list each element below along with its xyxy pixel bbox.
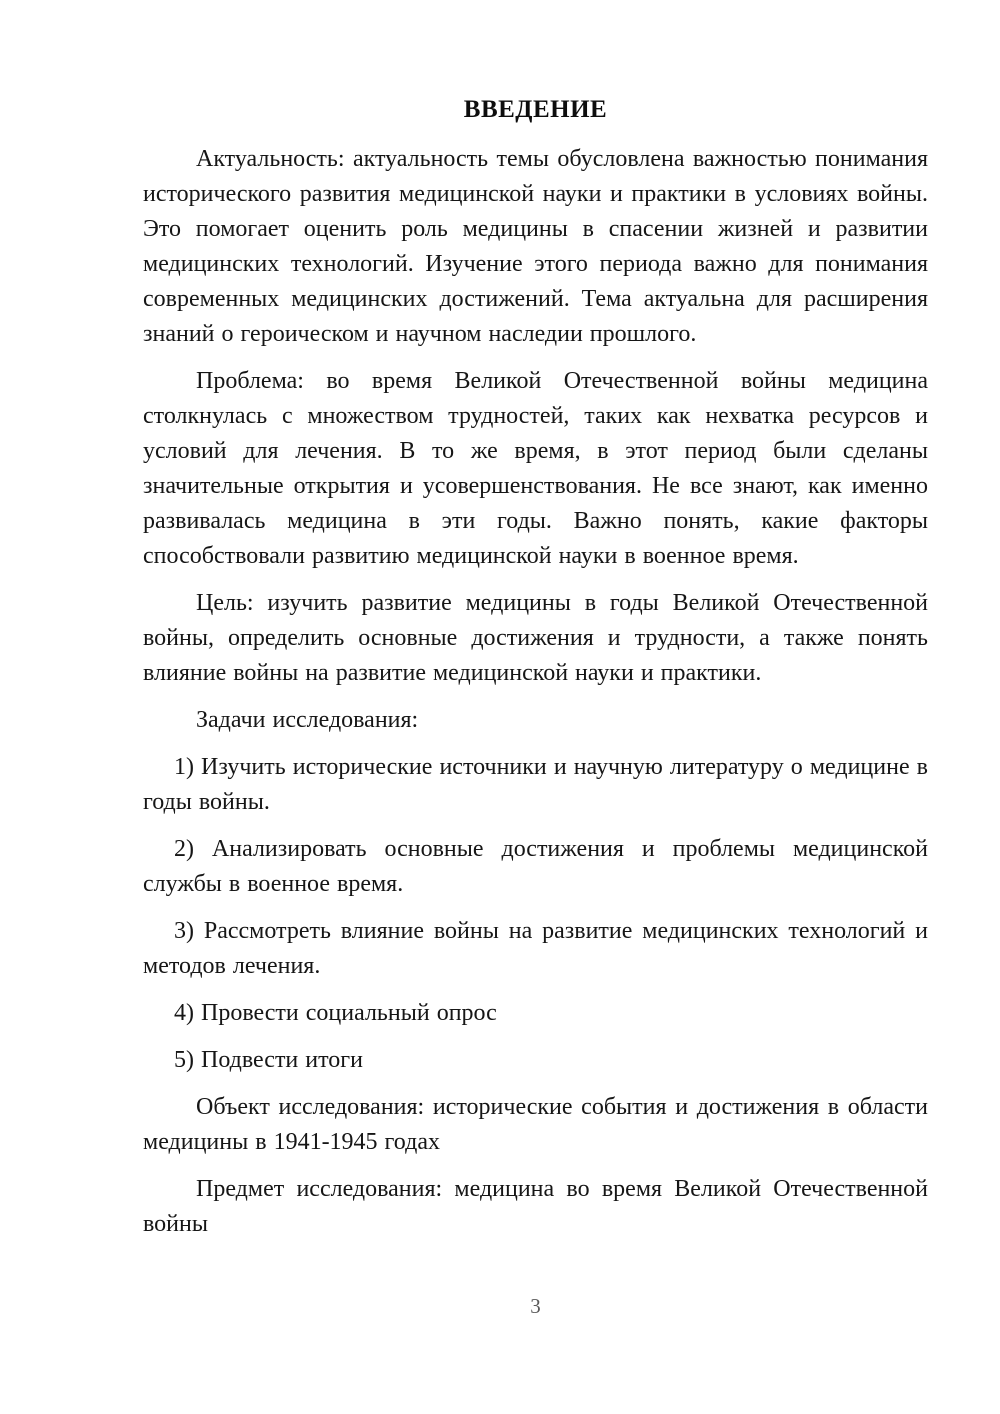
paragraph-object: Объект исследования: исторические событи…: [143, 1090, 928, 1160]
task-item-1: 1) Изучить исторические источники и науч…: [143, 750, 928, 820]
paragraph-subject: Предмет исследования: медицина во время …: [143, 1172, 928, 1242]
page-number: 3: [143, 1292, 928, 1320]
task-item-5: 5) Подвести итоги: [143, 1043, 928, 1078]
document-body: ВВЕДЕНИЕ Актуальность: актуальность темы…: [143, 92, 928, 1320]
paragraph-relevance: Актуальность: актуальность темы обусловл…: [143, 142, 928, 352]
task-item-2: 2) Анализировать основные достижения и п…: [143, 832, 928, 902]
task-item-3: 3) Рассмотреть влияние войны на развитие…: [143, 914, 928, 984]
page-title: ВВЕДЕНИЕ: [143, 92, 928, 127]
tasks-heading: Задачи исследования:: [143, 703, 928, 738]
paragraph-problem: Проблема: во время Великой Отечественной…: [143, 364, 928, 574]
paragraph-goal: Цель: изучить развитие медицины в годы В…: [143, 586, 928, 691]
task-item-4: 4) Провести социальный опрос: [143, 996, 928, 1031]
document-page: ВВЕДЕНИЕ Актуальность: актуальность темы…: [0, 0, 1000, 1414]
